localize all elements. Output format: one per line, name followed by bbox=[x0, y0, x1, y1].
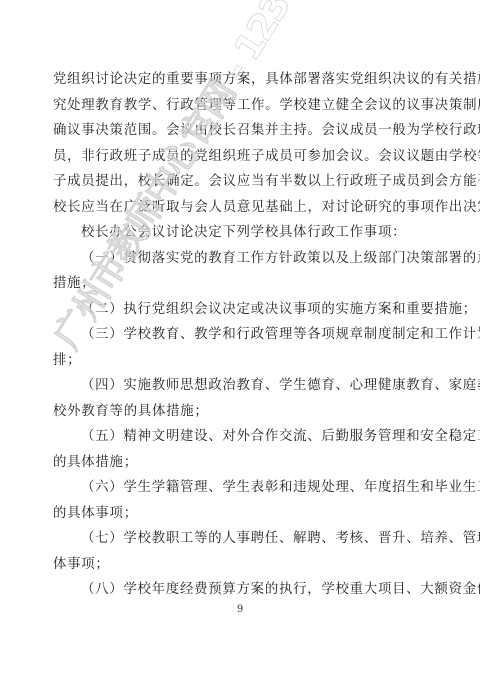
list-item-2: （二）执行党组织会议决定或决议事项的实施方案和重要措施； bbox=[53, 297, 425, 323]
list-item-6: （六）学生学籍管理、学生表彰和违规处理、年度招生和毕业生工作等 bbox=[53, 475, 425, 501]
list-item-1-continued: 措施； bbox=[53, 271, 425, 297]
text-line-2: 究处理教育教学、行政管理等工作。学校建立健全会议的议事决策制度，明 bbox=[53, 93, 425, 119]
text-line-3: 确议事决策范围。会议由校长召集并主持。会议成员一般为学校行政班子成 bbox=[53, 118, 425, 144]
list-item-5-continued: 的具体措施； bbox=[53, 450, 425, 476]
document-body: 党组织讨论决定的重要事项方案，具体部署落实党组织决议的有关措施，研 究处理教育教… bbox=[53, 67, 425, 603]
text-line-1: 党组织讨论决定的重要事项方案，具体部署落实党组织决议的有关措施，研 bbox=[53, 67, 425, 93]
list-item-4-continued: 校外教育等的具体措施； bbox=[53, 399, 425, 425]
text-line-6: 校长应当在广泛听取与会人员意见基础上，对讨论研究的事项作出决定。 bbox=[53, 195, 425, 221]
text-line-7: 校长办公会议讨论决定下列学校具体行政工作事项： bbox=[53, 220, 425, 246]
page-number: 9 bbox=[0, 604, 480, 615]
list-item-7-continued: 体事项； bbox=[53, 552, 425, 578]
list-item-8: （八）学校年度经费预算方案的执行，学校重大项目、大额资金使用的 bbox=[53, 577, 425, 603]
list-item-1: （一）贯彻落实党的教育工作方针政策以及上级部门决策部署的意见和 bbox=[53, 246, 425, 272]
list-item-3: （三）学校教育、教学和行政管理等各项规章制度制定和工作计划安 bbox=[53, 322, 425, 348]
list-item-5: （五）精神文明建设、对外合作交流、后勤服务管理和安全稳定工作等 bbox=[53, 424, 425, 450]
document-page: 党组织讨论决定的重要事项方案，具体部署落实党组织决议的有关措施，研 究处理教育教… bbox=[0, 0, 480, 679]
list-item-4: （四）实施教师思想政治教育、学生德育、心理健康教育、家庭教育、 bbox=[53, 373, 425, 399]
text-line-5: 子成员提出，校长确定。会议应当有半数以上行政班子成员到会方能召开。 bbox=[53, 169, 425, 195]
list-item-3-continued: 排； bbox=[53, 348, 425, 374]
text-line-4: 员，非行政班子成员的党组织班子成员可参加会议。会议议题由学校领导班 bbox=[53, 144, 425, 170]
list-item-6-continued: 的具体事项； bbox=[53, 501, 425, 527]
list-item-7: （七）学校教职工等的人事聘任、解聘、考核、晋升、培养、管理的具 bbox=[53, 526, 425, 552]
